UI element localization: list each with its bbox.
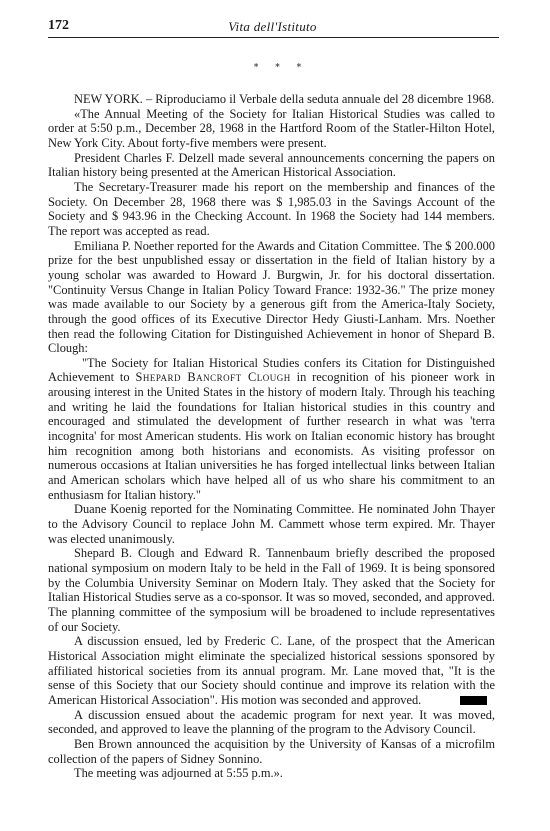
paragraph: The meeting was adjourned at 5:55 p.m.».: [48, 766, 495, 781]
paragraph: Duane Koenig reported for the Nominating…: [48, 502, 495, 546]
running-title: Vita dell'Istituto: [48, 19, 497, 35]
paragraph: Emiliana P. Noether reported for the Awa…: [48, 239, 495, 356]
paragraph: A discussion ensued about the academic p…: [48, 708, 495, 737]
paragraph: «The Annual Meeting of the Society for I…: [48, 107, 495, 151]
paragraph: Shepard B. Clough and Edward R. Tannenba…: [48, 546, 495, 634]
honoree-name: Shepard Bancroft Clough: [135, 370, 290, 384]
paragraph: The Secretary-Treasurer made his report …: [48, 180, 495, 239]
paragraph: Ben Brown announced the acquisition by t…: [48, 737, 495, 766]
header-rule: [48, 37, 499, 38]
intro-text: – Riproduciamo il Verbale della seduta a…: [143, 92, 494, 106]
article-body: NEW YORK. – Riproduciamo il Verbale dell…: [48, 92, 495, 781]
redaction-mark: [460, 696, 487, 705]
paragraph: President Charles F. Delzell made severa…: [48, 151, 495, 180]
citation-quote: "The Society for Italian Historical Stud…: [48, 356, 495, 503]
paragraph: A discussion ensued, led by Frederic C. …: [48, 634, 495, 707]
intro-paragraph: NEW YORK. – Riproduciamo il Verbale dell…: [48, 92, 495, 107]
place-heading: NEW YORK.: [74, 92, 143, 106]
section-separator: * * *: [0, 63, 550, 73]
page-header: 172 Vita dell'Istituto: [48, 18, 497, 38]
